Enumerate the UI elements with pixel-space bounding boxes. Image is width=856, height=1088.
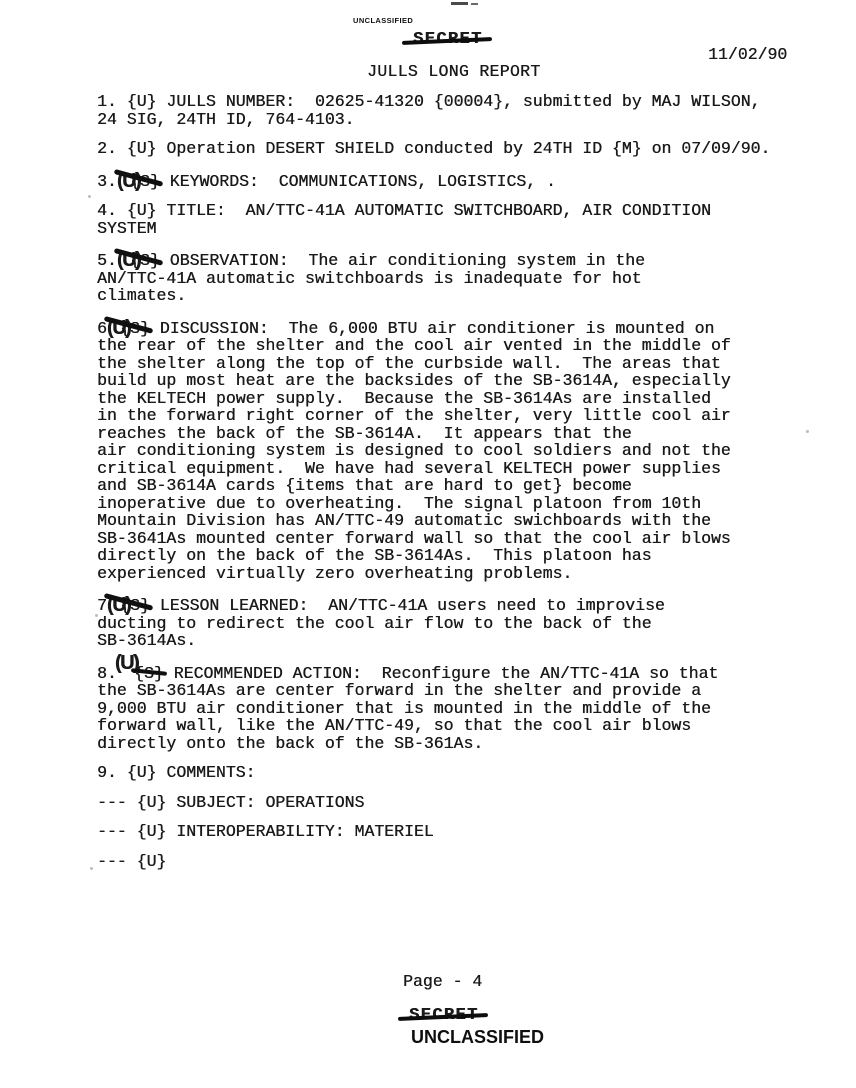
paragraph-text: {U} (127, 852, 167, 871)
page-number: Page - 4 (403, 972, 482, 991)
paragraph-number: 9. (97, 763, 117, 782)
paragraph: 9. {U} COMMENTS: (97, 764, 803, 782)
paragraph-number: --- (97, 793, 127, 812)
report-date: 11/02/90 (708, 45, 787, 64)
paragraph: --- {U} (97, 853, 803, 871)
paragraph: 7(U){S} LESSON LEARNED: AN/TTC-41A users… (97, 594, 803, 650)
handwritten-u-annotation: (U) (107, 317, 130, 339)
document-body: 1. {U} JULLS NUMBER: 02625-41320 {00004}… (97, 93, 803, 882)
struck-secret-header: SECRET (413, 30, 483, 49)
document-page: UNCLASSIFIED SECRET 11/02/90 JULLS LONG … (0, 0, 856, 1088)
paragraph-number: 4. (97, 201, 117, 220)
page-title: JULLS LONG REPORT (367, 62, 540, 81)
scan-speck (806, 430, 809, 433)
paragraph: --- {U} SUBJECT: OPERATIONS (97, 794, 803, 812)
paragraph-number: 8. (97, 664, 117, 683)
paragraph-text: OBSERVATION: The air conditioning system… (97, 251, 645, 305)
paragraph-number: --- (97, 852, 127, 871)
paragraph-text: {U} COMMENTS: (117, 763, 256, 782)
scan-speck (90, 867, 93, 870)
classification-annotation: (U){S} (117, 170, 160, 191)
paragraph-text: {U} JULLS NUMBER: 02625-41320 {00004}, s… (97, 92, 760, 129)
handwritten-u-annotation: (U) (117, 170, 140, 192)
paragraph-number: 6 (97, 319, 107, 338)
paragraph-number: --- (97, 822, 127, 841)
classification-footer-unclassified: UNCLASSIFIED (411, 1027, 544, 1048)
handwritten-u-annotation: (U) (107, 594, 130, 616)
paragraph-text: {U} SUBJECT: OPERATIONS (127, 793, 365, 812)
classification-annotation: (U){S} (117, 662, 164, 683)
classification-header-unclassified: UNCLASSIFIED (353, 16, 413, 25)
paragraph: --- {U} INTEROPERABILITY: MATERIEL (97, 823, 803, 841)
paragraph: 6(U){S} DISCUSSION: The 6,000 BTU air co… (97, 317, 803, 583)
scan-artifact (451, 2, 468, 5)
paragraph-number: 1. (97, 92, 117, 111)
handwritten-u-annotation: (U) (117, 249, 140, 271)
paragraph-number: 5. (97, 251, 117, 270)
paragraph-text: {U} TITLE: AN/TTC-41A AUTOMATIC SWITCHBO… (97, 201, 711, 238)
paragraph-text: KEYWORDS: COMMUNICATIONS, LOGISTICS, . (160, 172, 556, 191)
classification-annotation: (U){S} (117, 249, 160, 270)
paragraph-text: {U} Operation DESERT SHIELD conducted by… (117, 139, 771, 158)
paragraph-number: 7 (97, 596, 107, 615)
classification-annotation: (U){S} (107, 594, 150, 615)
paragraph: 5.(U){S} OBSERVATION: The air conditioni… (97, 249, 803, 305)
paragraph: 2. {U} Operation DESERT SHIELD conducted… (97, 140, 803, 158)
paragraph: 8.(U){S} RECOMMENDED ACTION: Reconfigure… (97, 662, 803, 753)
paragraph-text: LESSON LEARNED: AN/TTC-41A users need to… (97, 596, 665, 650)
paragraph: 3.(U){S} KEYWORDS: COMMUNICATIONS, LOGIS… (97, 170, 803, 191)
paragraph-text: RECOMMENDED ACTION: Reconfigure the AN/T… (97, 664, 718, 753)
paragraph-text: {U} INTEROPERABILITY: MATERIEL (127, 822, 434, 841)
paragraph-number: 2. (97, 139, 117, 158)
struck-secret-footer: SECRET (409, 1006, 479, 1025)
paragraph: 4. {U} TITLE: AN/TTC-41A AUTOMATIC SWITC… (97, 202, 803, 237)
classification-annotation: (U){S} (107, 317, 150, 338)
handwritten-u-annotation: (U) (115, 652, 138, 674)
paragraph-number: 3. (97, 172, 117, 191)
scan-speck (88, 195, 91, 198)
paragraph-text: DISCUSSION: The 6,000 BTU air conditione… (97, 319, 731, 583)
struck-classification: {S} (134, 664, 164, 683)
scan-artifact (471, 3, 478, 5)
paragraph: 1. {U} JULLS NUMBER: 02625-41320 {00004}… (97, 93, 803, 128)
